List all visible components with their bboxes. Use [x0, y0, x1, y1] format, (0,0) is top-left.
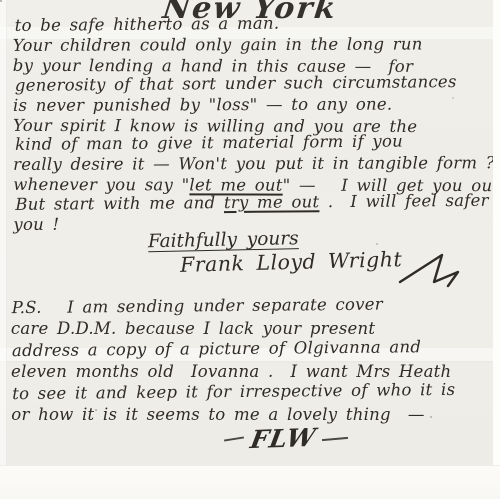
initials-text: FLW	[248, 423, 318, 454]
scan-edge-right	[493, 0, 500, 499]
line-segment: whenever you say "	[13, 175, 189, 194]
handwritten-line: address a copy of a picture of Olgivanna…	[12, 336, 455, 362]
handwritten-line: to be safe hitherto as a man.	[15, 11, 500, 35]
monogram-dash-right	[322, 436, 348, 440]
closing-block: Faithfully yours Frank Lloyd Wright	[148, 228, 462, 290]
scan-edge-left	[0, 0, 7, 467]
handwritten-line: P.S. I am sending under separate cover	[12, 293, 455, 319]
handwritten-line: But start with me and try me out . I wil…	[15, 191, 500, 215]
monogram-dash-left	[224, 436, 244, 441]
line-segment: But start with me and	[15, 193, 224, 214]
handwritten-line: to see it and keep it for irrespective o…	[12, 379, 455, 405]
handwritten-line: generosity of that sort under such circu…	[15, 71, 500, 95]
valediction: Faithfully yours	[148, 225, 463, 253]
signature-name: Frank Lloyd Wright	[180, 247, 403, 277]
letter-body: to be safe hitherto as a man.Your childr…	[13, 14, 500, 235]
line-segment: . I will feel safer with	[319, 191, 500, 212]
signature-row: Frank Lloyd Wright	[180, 250, 462, 290]
handwritten-line: kind of man to give it material form if …	[15, 131, 500, 155]
handwritten-line: Your children could only gain in the lon…	[13, 34, 500, 56]
scanned-letter: New York to be safe hitherto as a man.Yo…	[0, 0, 500, 499]
handwritten-line: or how it is it seems to me a lovely thi…	[11, 404, 454, 425]
handwritten-line: is never punished by "loss" — to any one…	[13, 94, 500, 116]
handwritten-line: really desire it — Won't you put it in t…	[13, 153, 500, 175]
postscript: P.S. I am sending under separate coverca…	[11, 295, 455, 426]
scan-edge-bottom	[0, 465, 500, 499]
underlined-phrase: try me out	[224, 192, 320, 212]
signature-flourish	[398, 252, 462, 290]
initials-monogram: FLW	[36, 424, 500, 453]
